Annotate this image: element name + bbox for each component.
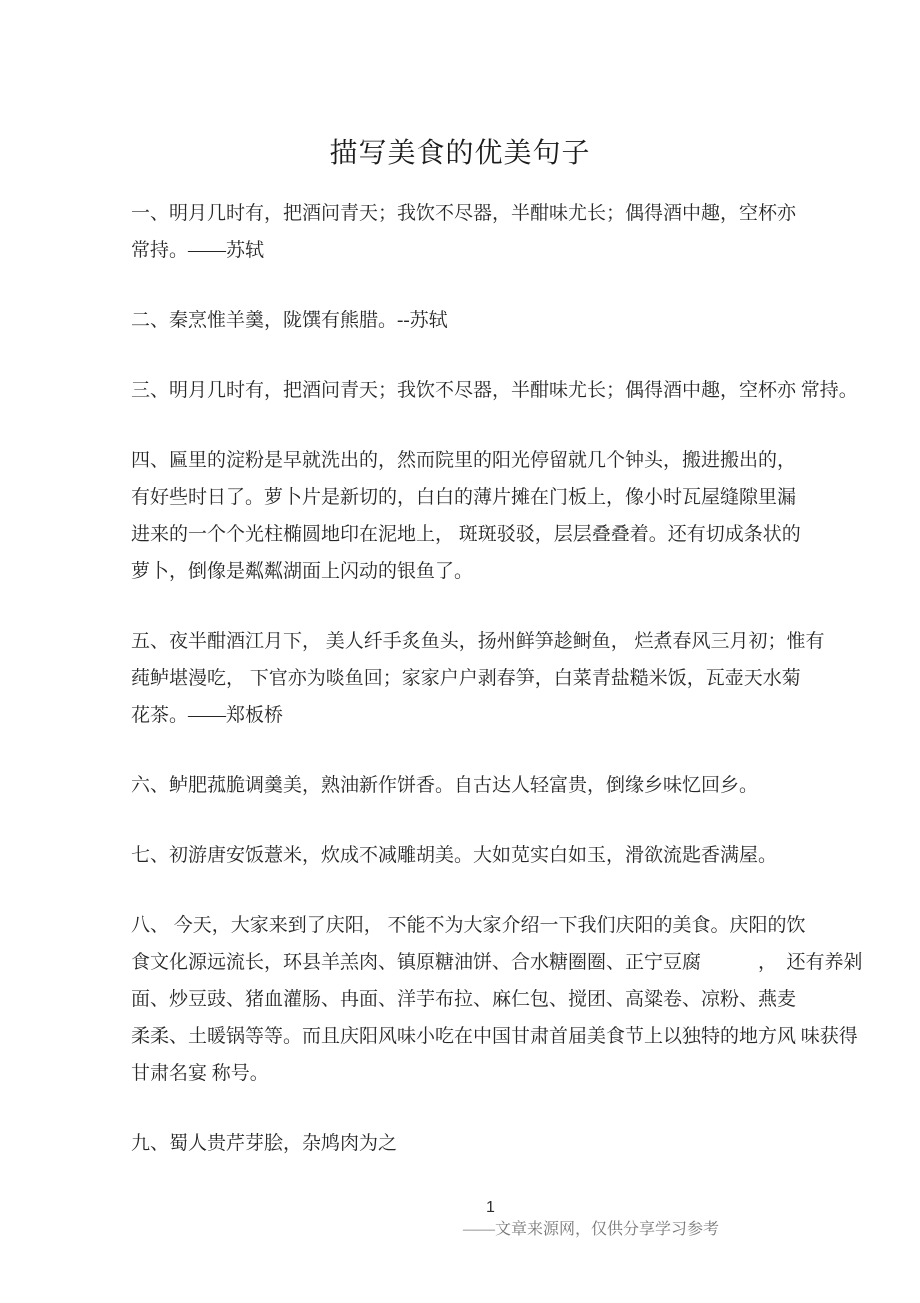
paragraph-1-line-2: 常持。——苏轼 xyxy=(131,232,789,269)
paragraph-7-line-1: 七、初游唐安饭薏米，炊成不减雕胡美。大如苋实白如玉，滑欲流匙香满屋。 xyxy=(131,837,789,874)
paragraph-5-line-2: 莼鲈堪漫吃， 下官亦为啖鱼回；家家户户剥春笋，白菜青盐糙米饭，瓦壶天水菊 xyxy=(131,660,789,697)
paragraph-6-line-1: 六、鲈肥菰脆调羹美，熟油新作饼香。自古达人轻富贵，倒缘乡味忆回乡。 xyxy=(131,767,789,804)
document-page: 描写美食的优美句子 一、明月几时有，把酒问青天；我饮不尽器，半酣味尤长；偶得酒中… xyxy=(0,0,920,1303)
paragraph-4: 四、匾里的淀粉是早就洗出的，然而院里的阳光停留就几个钟头，搬进搬出的， 有好些时… xyxy=(131,442,789,590)
page-number: 1 xyxy=(486,1198,495,1218)
paragraph-5-line-3: 花茶。——郑板桥 xyxy=(131,697,789,734)
paragraph-1: 一、明月几时有，把酒问青天；我饮不尽器，半酣味尤长；偶得酒中趣，空杯亦 常持。—… xyxy=(131,195,789,269)
paragraph-1-line-1: 一、明月几时有，把酒问青天；我饮不尽器，半酣味尤长；偶得酒中趣，空杯亦 xyxy=(131,195,789,232)
paragraph-8-line-5: 甘肃名宴 称号。 xyxy=(131,1055,789,1092)
paragraph-8-line-2: 食文化源远流长，环县羊羔肉、镇原糖油饼、合水糖圈圈、正宁豆腐 ， 还有养剁 xyxy=(131,944,789,981)
paragraph-6: 六、鲈肥菰脆调羹美，熟油新作饼香。自古达人轻富贵，倒缘乡味忆回乡。 xyxy=(131,767,789,804)
paragraph-7: 七、初游唐安饭薏米，炊成不减雕胡美。大如苋实白如玉，滑欲流匙香满屋。 xyxy=(131,837,789,874)
paragraph-8-line-4: 柔柔、土暖锅等等。而且庆阳风味小吃在中国甘肃首届美食节上以独特的地方风 味获得 xyxy=(131,1018,789,1055)
paragraph-4-line-1: 四、匾里的淀粉是早就洗出的，然而院里的阳光停留就几个钟头，搬进搬出的， xyxy=(131,442,789,479)
paragraph-5: 五、夜半酣酒江月下， 美人纤手炙鱼头，扬州鲜笋趁鲥鱼， 烂煮春风三月初；惟有 莼… xyxy=(131,623,789,734)
paragraph-8-line-1: 八、 今天，大家来到了庆阳， 不能不为大家介绍一下我们庆阳的美食。庆阳的饮 xyxy=(131,907,789,944)
paragraph-9-line-1: 九、蜀人贵芹芽脍，杂鸠肉为之 xyxy=(131,1125,789,1162)
document-body: 一、明月几时有，把酒问青天；我饮不尽器，半酣味尤长；偶得酒中趣，空杯亦 常持。—… xyxy=(131,195,789,1162)
paragraph-8-line-3: 面、炒豆豉、猪血灌肠、冉面、洋芋布拉、麻仁包、搅团、高粱卷、凉粉、燕麦 xyxy=(131,981,789,1018)
paragraph-4-line-4: 萝卜，倒像是粼粼湖面上闪动的银鱼了。 xyxy=(131,553,789,590)
paragraph-4-line-3: 进来的一个个光柱椭圆地印在泥地上， 斑斑驳驳，层层叠叠着。还有切成条状的 xyxy=(131,516,789,553)
paragraph-8: 八、 今天，大家来到了庆阳， 不能不为大家介绍一下我们庆阳的美食。庆阳的饮 食文… xyxy=(131,907,789,1092)
source-note: ——文章来源网，仅供分享学习参考 xyxy=(463,1219,719,1241)
paragraph-2: 二、秦烹惟羊羹，陇馔有熊腊。--苏轼 xyxy=(131,302,789,339)
paragraph-9: 九、蜀人贵芹芽脍，杂鸠肉为之 xyxy=(131,1125,789,1162)
paragraph-5-line-1: 五、夜半酣酒江月下， 美人纤手炙鱼头，扬州鲜笋趁鲥鱼， 烂煮春风三月初；惟有 xyxy=(131,623,789,660)
paragraph-3-line-1: 三、明月几时有，把酒问青天；我饮不尽器，半酣味尤长；偶得酒中趣，空杯亦 常持。 xyxy=(131,372,789,409)
paragraph-3: 三、明月几时有，把酒问青天；我饮不尽器，半酣味尤长；偶得酒中趣，空杯亦 常持。 xyxy=(131,372,789,409)
paragraph-4-line-2: 有好些时日了。萝卜片是新切的，白白的薄片摊在门板上，像小时瓦屋缝隙里漏 xyxy=(131,479,789,516)
paragraph-2-line-1: 二、秦烹惟羊羹，陇馔有熊腊。--苏轼 xyxy=(131,302,789,339)
document-title: 描写美食的优美句子 xyxy=(131,137,789,171)
